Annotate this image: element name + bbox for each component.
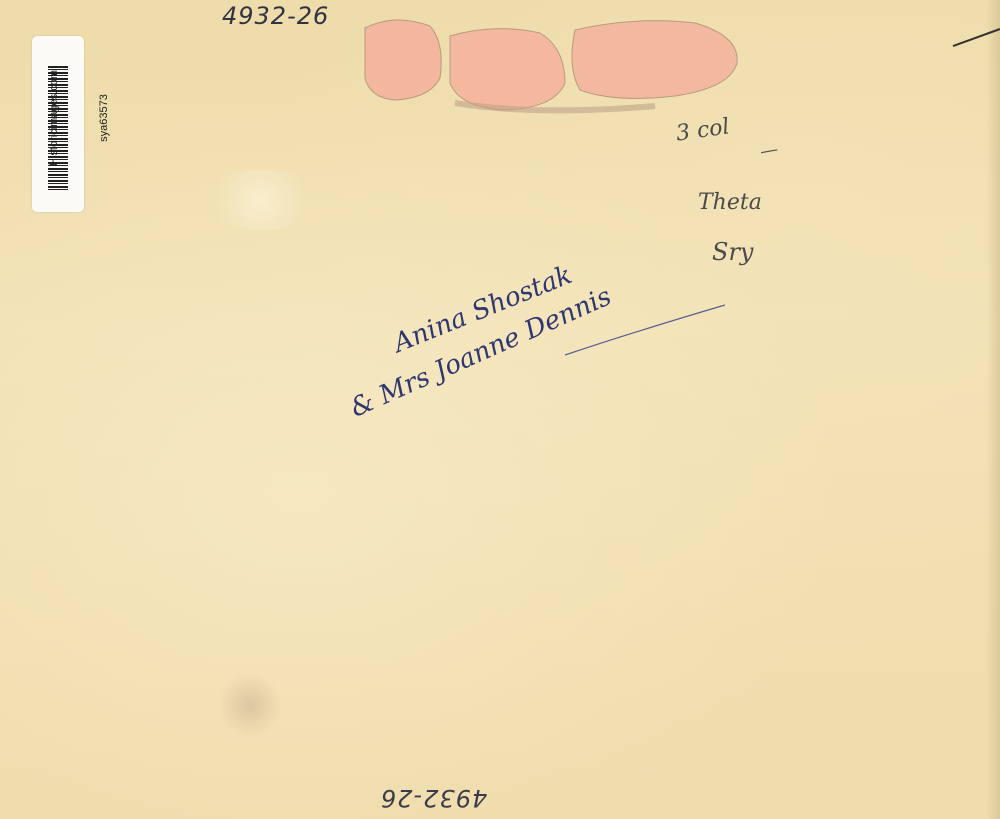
pen-stroke [560, 300, 730, 360]
pencil-note-theta: Theta [698, 190, 762, 215]
photo-back-paper: Historicimages.com sya63573 4932-26 3 co… [0, 0, 1000, 819]
pencil-note-dash: — [758, 139, 779, 163]
barcode-icon [48, 66, 68, 192]
pencil-note-columns: 3 col [675, 114, 732, 146]
paper-edge-shadow [986, 0, 1000, 819]
archive-code-text: sya63573 [98, 38, 114, 198]
top-catalog-number: 4932-26 [222, 2, 329, 30]
stain-mark [220, 670, 280, 740]
bottom-catalog-number: 4932-26 [380, 784, 487, 812]
archive-label: Historicimages.com sya63573 [32, 36, 84, 212]
pencil-note-sry: Sry [712, 238, 753, 266]
stain-mark [200, 170, 320, 230]
tape-residue [335, 8, 755, 116]
